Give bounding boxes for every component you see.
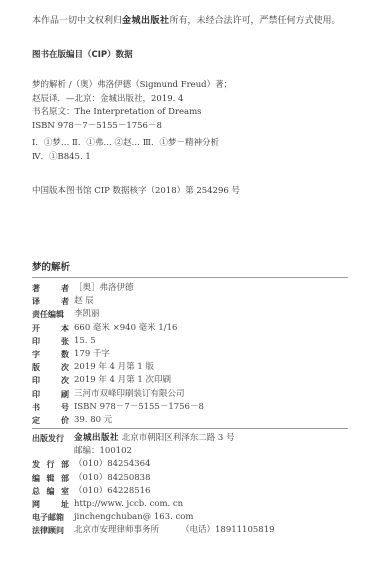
detail-row-isbn: 书号 ISBN 978－7－5155－1756－8	[32, 401, 204, 414]
detail-label: 印次	[32, 374, 74, 387]
detail-label: 开本	[32, 322, 74, 335]
pub-row-editorial: 编辑部 （010）84250838	[32, 472, 275, 485]
divider	[32, 428, 348, 429]
cip-line-original-title: 书名原文：The Interpretation of Dreams	[32, 106, 232, 120]
detail-value: 三河市双峰印刷装订有限公司	[74, 388, 185, 401]
pub-row-chief-editor: 总编室 （010）64228516	[32, 485, 275, 498]
cip-classification: Ⅰ．①梦… Ⅱ．①弗… ②赵… Ⅲ．①梦－精神分析 Ⅳ．①B845. 1	[32, 137, 219, 164]
detail-value: 660 毫米 ×940 毫米 1/16	[74, 322, 177, 335]
website-link[interactable]: http://www. jccb. com. cn	[74, 498, 183, 511]
detail-value: 39. 80 元	[74, 414, 112, 427]
detail-row-impression: 印次 2019 年 4 月第 1 次印刷	[32, 374, 204, 387]
rights-text-before: 本作品一切中文权利归	[32, 16, 122, 26]
detail-value: ISBN 978－7－5155－1756－8	[74, 401, 204, 414]
rights-notice: 本作品一切中文权利归金城出版社所有，未经合法许可，严禁任何方式使用。	[32, 13, 341, 26]
detail-value: 2019 年 4 月第 1 版	[74, 361, 154, 374]
detail-row-price: 定价 39. 80 元	[32, 414, 204, 427]
publisher-address: 北京市朝阳区利泽东二路 3 号	[122, 433, 235, 443]
pub-label: 发行部	[32, 458, 74, 471]
detail-value: ［奥］弗洛伊德	[74, 282, 134, 295]
detail-row-printer: 印刷 三河市双峰印刷装订有限公司	[32, 388, 204, 401]
legal-phone: （电话）18911105819	[181, 525, 275, 535]
cip-line-isbn: ISBN 978－7－5155－1756－8	[32, 120, 232, 134]
distribution-phone: （010）84254364	[74, 458, 151, 471]
classification-line: Ⅳ．①B845. 1	[32, 151, 219, 165]
divider	[32, 277, 348, 278]
detail-row-translator: 译者 赵 辰	[32, 295, 204, 308]
detail-label: 责任编辑	[32, 308, 74, 321]
pub-label	[32, 445, 74, 458]
chief-editor-phone: （010）64228516	[74, 485, 151, 498]
detail-value: 15. 5	[74, 335, 96, 348]
detail-label: 字数	[32, 348, 74, 361]
publisher-brand: 金城出版社	[122, 16, 170, 26]
cip-number: 中国版本图书馆 CIP 数据核字（2018）第 254296 号	[32, 184, 240, 196]
rights-text-after: 所有，未经合法许可，严禁任何方式使用。	[170, 16, 341, 26]
postcode: 邮编：100102	[74, 445, 132, 458]
legal-firm: 北京市安理律师事务所	[74, 525, 159, 535]
editorial-phone: （010）84250838	[74, 472, 151, 485]
pub-row-legal: 法律顾问 北京市安理律师事务所（电话）18911105819	[32, 524, 275, 537]
detail-value: 赵 辰	[74, 295, 94, 308]
detail-row-editor: 责任编辑 李凯丽	[32, 308, 204, 321]
pub-row-publisher: 出版发行 金城出版社 北京市朝阳区利泽东二路 3 号	[32, 432, 275, 445]
detail-label: 定价	[32, 414, 74, 427]
classification-line: Ⅰ．①梦… Ⅱ．①弗… ②赵… Ⅲ．①梦－精神分析	[32, 137, 219, 151]
book-title: 梦的解析	[32, 259, 70, 273]
pub-row-email: 电子邮箱 jinchengchuban@ 163. com	[32, 511, 275, 524]
cip-title: 图书在版编目（CIP）数据	[32, 48, 133, 60]
email-link[interactable]: jinchengchuban@ 163. com	[74, 511, 193, 524]
detail-row-author: 著者 ［奥］弗洛伊德	[32, 282, 204, 295]
publisher-brand: 金城出版社	[74, 433, 119, 443]
detail-row-word-count: 字数 179 千字	[32, 348, 204, 361]
pub-row-website: 网址 http://www. jccb. com. cn	[32, 498, 275, 511]
detail-value: 李凯丽	[74, 308, 100, 321]
detail-label: 著者	[32, 282, 74, 295]
cip-line-title: 梦的解析 /（奥）弗洛伊德（Sigmund Freud）著；	[32, 79, 232, 93]
detail-row-edition: 版次 2019 年 4 月第 1 版	[32, 361, 204, 374]
book-details: 著者 ［奥］弗洛伊德 译者 赵 辰 责任编辑 李凯丽 开本 660 毫米 ×94…	[32, 282, 204, 427]
pub-row-distribution: 发行部 （010）84254364	[32, 458, 275, 471]
pub-row-postcode: 邮编：100102	[32, 445, 275, 458]
detail-label: 版次	[32, 361, 74, 374]
cip-line-publisher: 赵辰译．—北京：金城出版社，2019. 4	[32, 93, 232, 107]
detail-label: 译者	[32, 295, 74, 308]
detail-value: 179 千字	[74, 348, 110, 361]
pub-label: 法律顾问	[32, 524, 74, 537]
pub-label: 编辑部	[32, 472, 74, 485]
pub-label: 出版发行	[32, 432, 74, 445]
detail-row-sheets: 印张 15. 5	[32, 335, 204, 348]
detail-label: 印张	[32, 335, 74, 348]
detail-row-format: 开本 660 毫米 ×940 毫米 1/16	[32, 322, 204, 335]
pub-label: 网址	[32, 498, 74, 511]
detail-label: 印刷	[32, 388, 74, 401]
pub-label: 总编室	[32, 485, 74, 498]
publishing-info: 出版发行 金城出版社 北京市朝阳区利泽东二路 3 号 邮编：100102 发行部…	[32, 432, 275, 538]
pub-label: 电子邮箱	[32, 511, 74, 524]
cip-record: 梦的解析 /（奥）弗洛伊德（Sigmund Freud）著； 赵辰译．—北京：金…	[32, 79, 232, 133]
detail-label: 书号	[32, 401, 74, 414]
detail-value: 2019 年 4 月第 1 次印刷	[74, 374, 171, 387]
